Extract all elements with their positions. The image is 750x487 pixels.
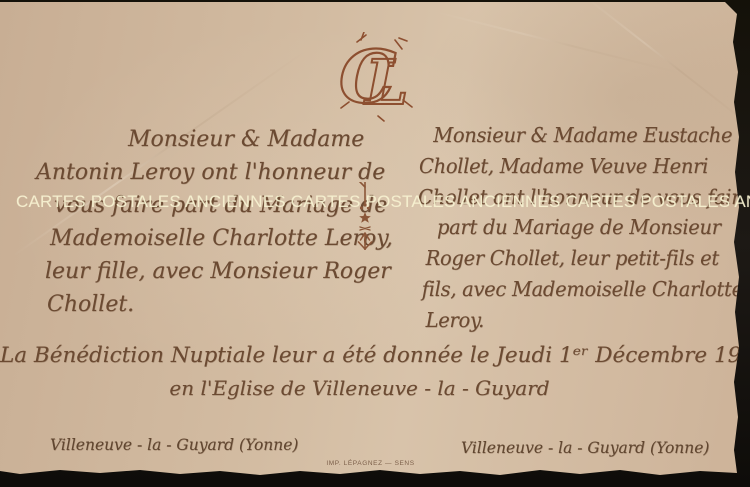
place-date-left: Villeneuve - la - Guyard (Yonne) <box>50 436 298 454</box>
monogram-icon: C L <box>333 32 423 122</box>
invitation-line: Chollet, Madame Veuve Henri <box>418 151 750 182</box>
invitation-line: leur fille, avec Monsieur Roger <box>36 255 393 288</box>
invitation-line: Monsieur & Madame <box>36 123 393 156</box>
blessing-line-1: La Bénédiction Nuptiale leur a été donné… <box>0 343 741 368</box>
postcard-photo: C L Monsieur & Madame Antoni <box>0 0 750 487</box>
groom-family-announcement: Monsieur & Madame Eustache Chollet, Mada… <box>418 120 750 336</box>
invitation-line: Antonin Leroy ont l'honneur de <box>36 156 393 189</box>
blessing-line-2: en l'Eglise de Villeneuve - la - Guyard <box>0 376 730 400</box>
invitation-line: fils, avec Mademoiselle Charlotte <box>418 274 750 305</box>
paper-crease <box>583 0 750 132</box>
place-date-right: Villeneuve - la - Guyard (Yonne) <box>461 439 709 457</box>
invitation-line: Chollet. <box>36 288 393 321</box>
invitation-line: Roger Chollet, leur petit-fils et <box>418 243 750 274</box>
bride-family-announcement: Monsieur & Madame Antonin Leroy ont l'ho… <box>36 123 393 321</box>
monogram-letter-front: L <box>363 46 409 119</box>
paper-crease <box>434 11 687 76</box>
printer-mark: IMP. LÉPAGNEZ — SENS <box>0 460 741 467</box>
invitation-line: Leroy. <box>418 305 750 336</box>
invitation-card: C L Monsieur & Madame Antoni <box>0 2 741 478</box>
invitation-line: part du Mariage de Monsieur <box>418 212 750 243</box>
invitation-line: Mademoiselle Charlotte Leroy, <box>36 222 393 255</box>
invitation-line: Monsieur & Madame Eustache <box>418 120 750 151</box>
watermark-text: CARTES POSTALES ANCIENNES CARTES POSTALE… <box>16 192 750 212</box>
